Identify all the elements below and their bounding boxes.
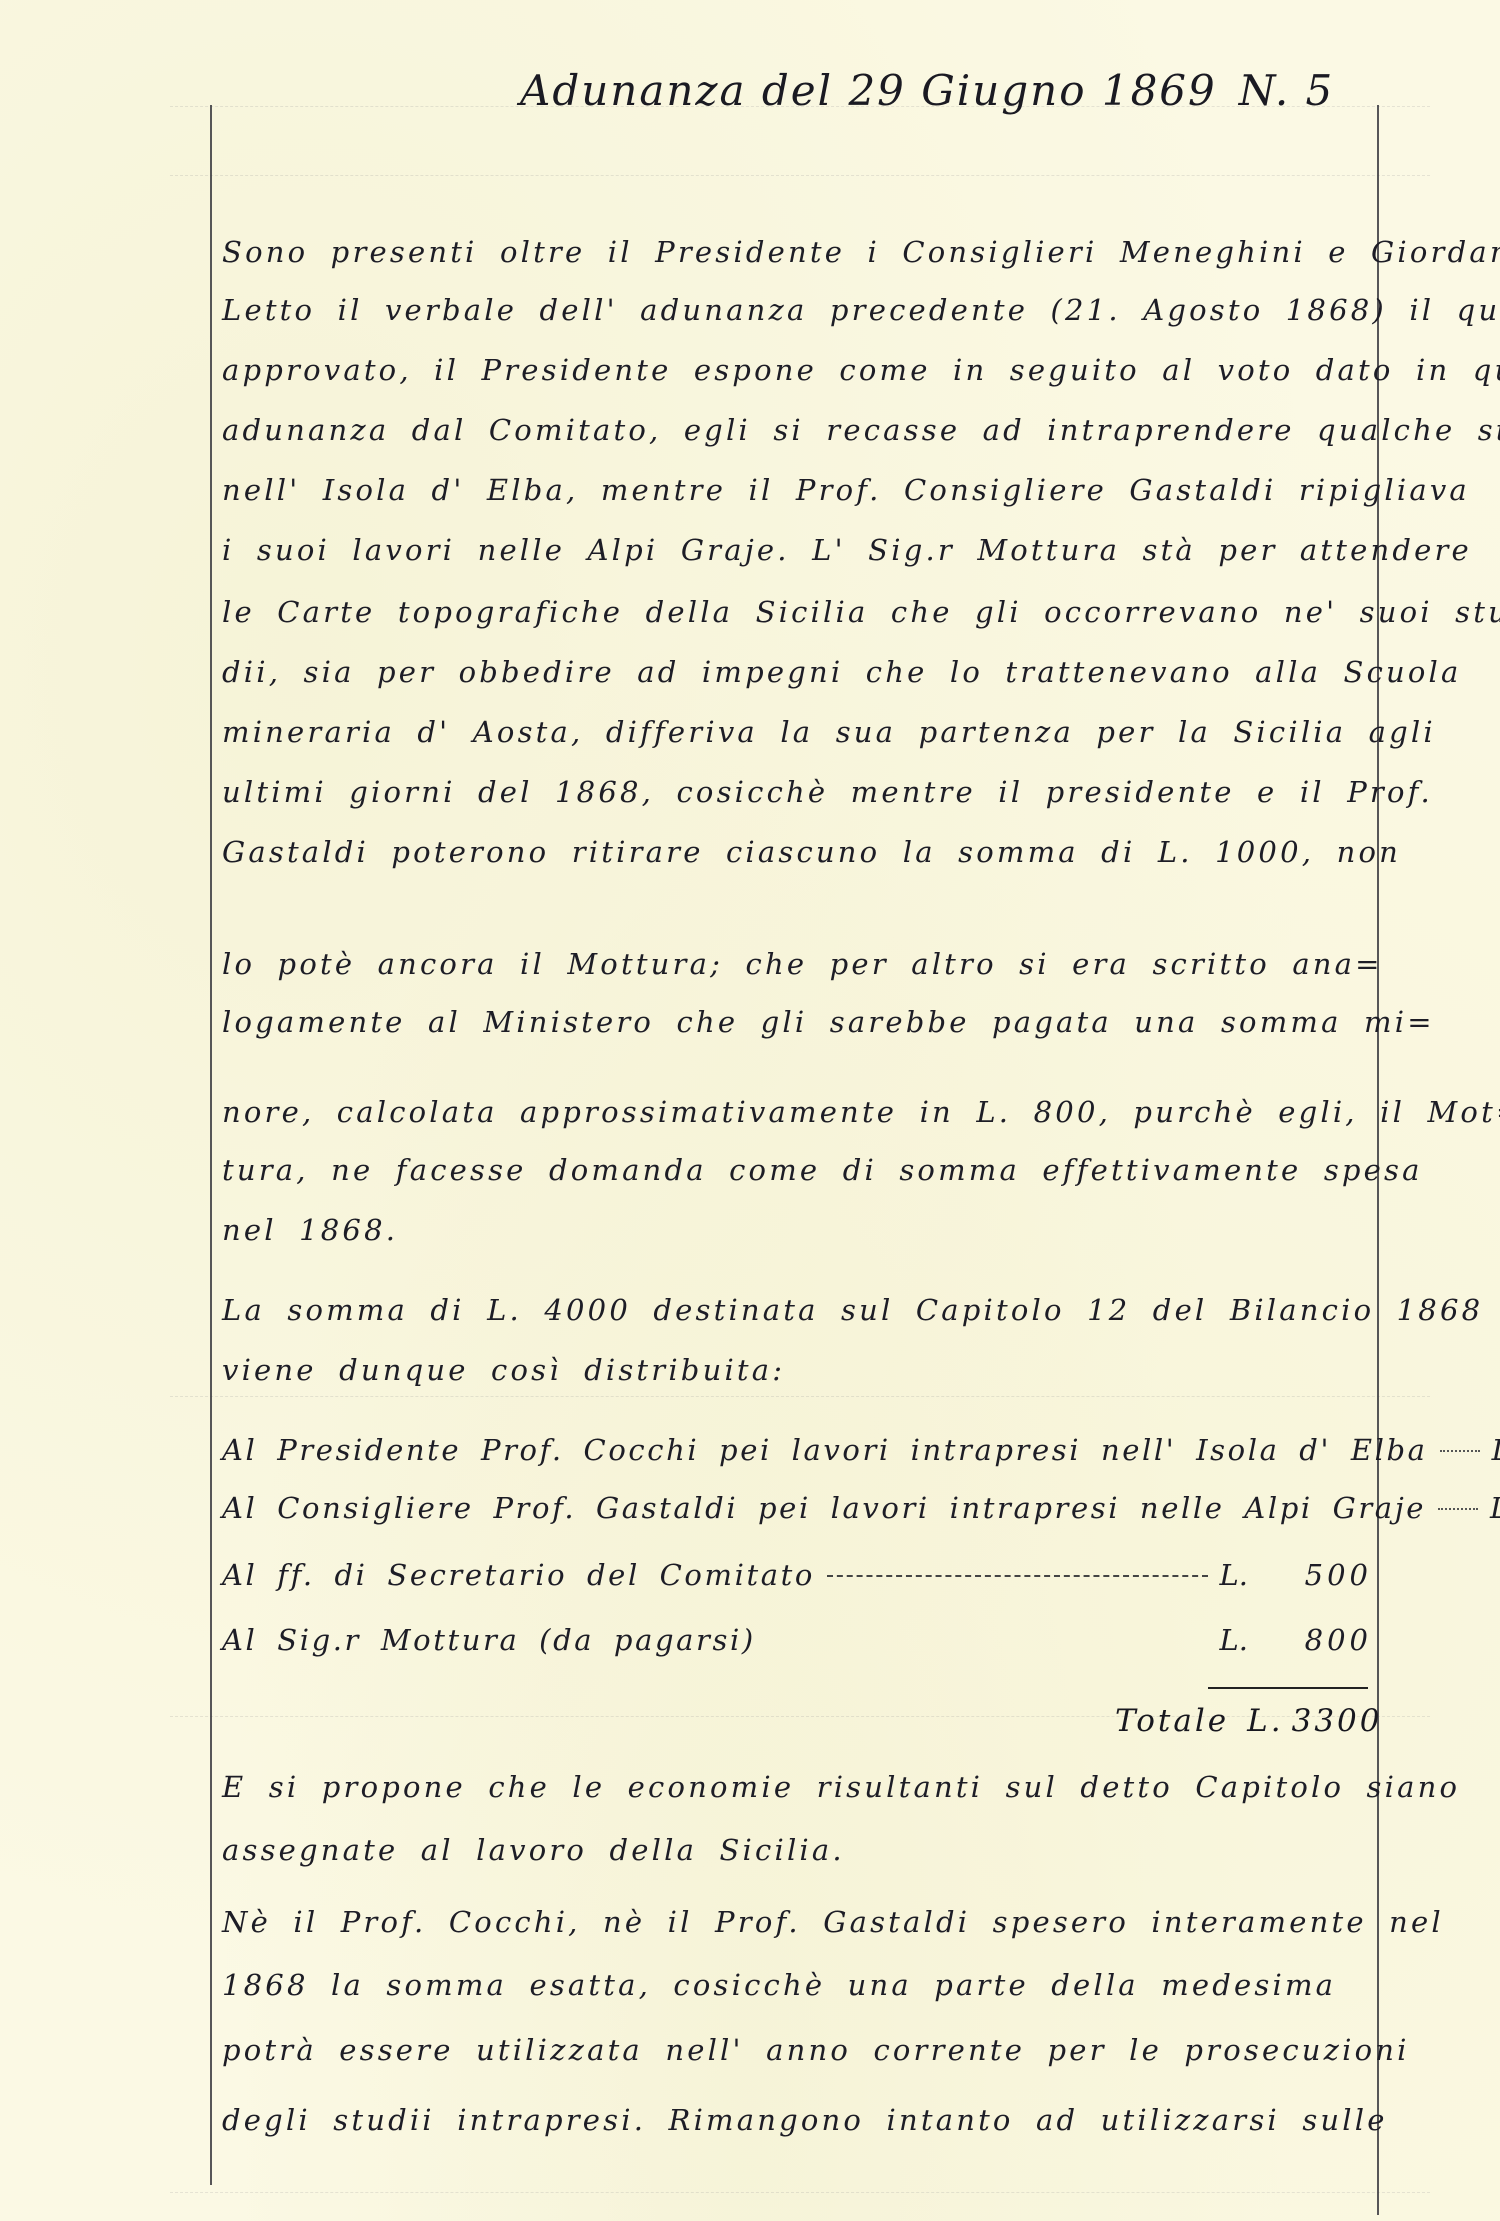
ledger-row: Al Presidente Prof. Cocchi pei lavori in…	[222, 1430, 1372, 1470]
text-line: degli studii intrapresi. Rimangono intan…	[222, 2100, 1372, 2140]
total-amount: 3300	[1292, 1703, 1383, 1739]
text-line: Nè il Prof. Cocchi, nè il Prof. Gastaldi…	[222, 1902, 1372, 1942]
currency-symbol: L.	[1220, 1555, 1248, 1595]
ruled-line	[170, 175, 1430, 176]
text-line: 1868 la somma esatta, cosicchè una parte…	[222, 1965, 1372, 2005]
left-margin-rule	[210, 105, 212, 2185]
text-line: mineraria d' Aosta, differiva la sua par…	[222, 712, 1372, 752]
ruled-line	[170, 1396, 1430, 1397]
currency-symbol: L.	[1220, 1620, 1248, 1660]
currency-symbol: L.	[1247, 1703, 1283, 1739]
text-line: approvato, il Presidente espone come in …	[222, 350, 1372, 390]
page-title: Adunanza del 29 Giugno 1869N. 5	[520, 66, 1334, 115]
text-line: nel 1868.	[222, 1210, 1372, 1250]
ledger-row: Al ff. di Secretario del Comitato L. 500	[222, 1555, 1372, 1595]
text-line: assegnate al lavoro della Sicilia.	[222, 1830, 1372, 1870]
text-line: ultimi giorni del 1868, cosicchè mentre …	[222, 772, 1372, 812]
ledger-row: Al Consigliere Prof. Gastaldi pei lavori…	[222, 1488, 1372, 1528]
text-line: le Carte topografiche della Sicilia che …	[222, 592, 1372, 632]
sum-rule	[1208, 1687, 1368, 1689]
dotted-leader	[1438, 1508, 1478, 1510]
text-line: Gastaldi poterono ritirare ciascuno la s…	[222, 832, 1372, 872]
text-line: logamente al Ministero che gli sarebbe p…	[222, 1002, 1372, 1042]
text-line: i suoi lavori nelle Alpi Graje. L' Sig.r…	[222, 530, 1372, 570]
text-line: E si propone che le economie risultanti …	[222, 1767, 1372, 1807]
total-label: Totale	[1115, 1703, 1229, 1739]
currency-symbol: L.	[1492, 1430, 1500, 1470]
meeting-date-heading: Adunanza del 29 Giugno 1869	[520, 66, 1217, 115]
text-line: tura, ne facesse domanda come di somma e…	[222, 1150, 1372, 1190]
text-line: Letto il verbale dell' adunanza preceden…	[222, 290, 1372, 330]
text-line: potrà essere utilizzata nell' anno corre…	[222, 2030, 1372, 2070]
ledger-description: Al ff. di Secretario del Comitato	[222, 1555, 815, 1595]
text-line: adunanza dal Comitato, egli si recasse a…	[222, 410, 1372, 450]
currency-symbol: L.	[1490, 1488, 1500, 1528]
manuscript-page: Adunanza del 29 Giugno 1869N. 5 Sono pre…	[0, 0, 1500, 2221]
text-line: Sono presenti oltre il Presidente i Cons…	[222, 232, 1372, 272]
text-line: viene dunque così distribuita:	[222, 1350, 1372, 1390]
ledger-description: Al Consigliere Prof. Gastaldi pei lavori…	[222, 1488, 1426, 1528]
ledger-amount: 800	[1262, 1620, 1372, 1660]
dotted-leader	[1440, 1450, 1480, 1452]
ledger-description: Al Presidente Prof. Cocchi pei lavori in…	[222, 1430, 1428, 1470]
dashed-leader	[827, 1575, 1208, 1577]
ledger-row: Al Sig.r Mottura (da pagarsi) L. 800	[222, 1620, 1372, 1660]
ledger-total: TotaleL.3300	[1115, 1701, 1383, 1741]
text-line: lo potè ancora il Mottura; che per altro…	[222, 944, 1372, 984]
text-line: nell' Isola d' Elba, mentre il Prof. Con…	[222, 470, 1372, 510]
text-line: nore, calcolata approssimativamente in L…	[222, 1092, 1372, 1132]
ledger-description: Al Sig.r Mottura (da pagarsi)	[222, 1620, 756, 1660]
text-line: La somma di L. 4000 destinata sul Capito…	[222, 1290, 1372, 1330]
text-line: dii, sia per obbedire ad impegni che lo …	[222, 652, 1372, 692]
ruled-line	[170, 2192, 1430, 2193]
ledger-amount: 500	[1262, 1555, 1372, 1595]
minute-number: N. 5	[1239, 66, 1335, 115]
